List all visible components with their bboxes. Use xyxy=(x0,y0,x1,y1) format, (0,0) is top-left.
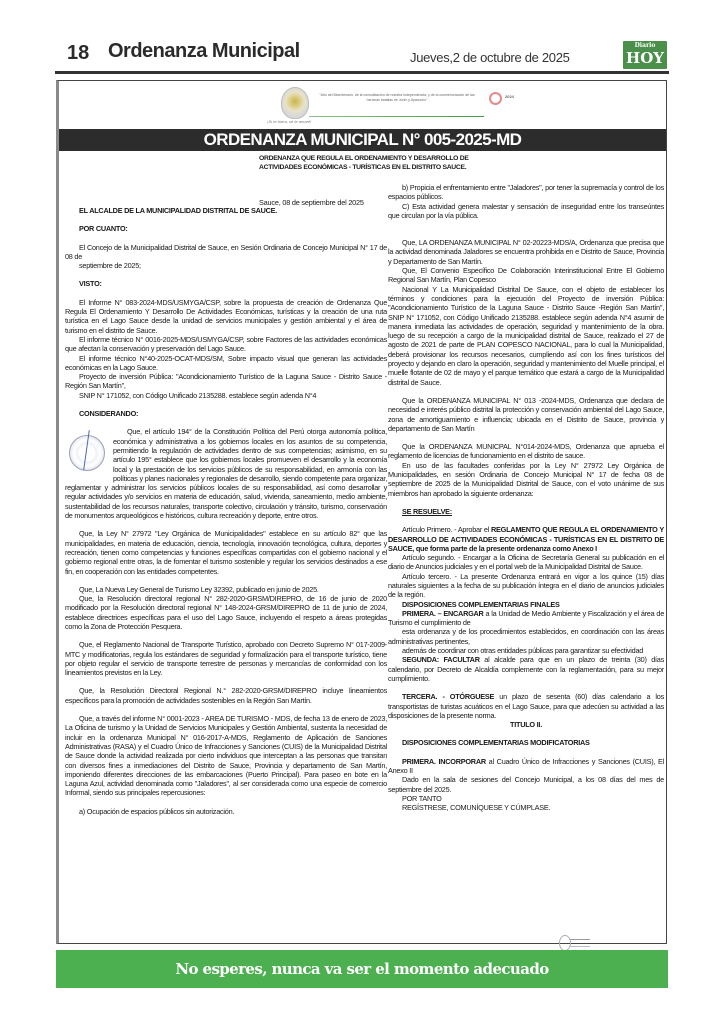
visto-paragraph: El informe técnico N°40-2025-OCAT-MDS/SM… xyxy=(65,354,387,373)
considerando-paragraph: Que la ORDENANZA MUNICPAL N°014-2024-MDS… xyxy=(388,442,664,461)
page-number: 18 xyxy=(67,42,89,65)
ordinance-title: ORDENANZA MUNICIPAL N° 005-2025-MD xyxy=(59,129,666,151)
visto-paragraph: Proyecto de inversión Pública: "Acondici… xyxy=(65,372,387,391)
considerando-paragraph: Que, la Ley N° 27972 "Ley Orgánica de Mu… xyxy=(65,529,387,575)
left-column: EL ALCALDE DE LA MUNICIPALIDAD DISTRITAL… xyxy=(65,197,387,816)
article-third: Artículo tercero. - La presente Ordenanz… xyxy=(388,572,664,600)
considerando-paragraph: Que, LA ORDENANZA MUNICIPAL N° 02-20223-… xyxy=(388,238,664,266)
ordinance-frame: ¡Sí te fuera, sé te amaré! "Año del Bice… xyxy=(56,80,667,944)
title-ii-heading: TITULO II. xyxy=(388,720,664,729)
provision-first: PRIMERA. – ENCARGAR a la Unidad de Medio… xyxy=(388,609,664,628)
provision-first-bold: PRIMERA. – ENCARGAR xyxy=(402,609,484,618)
por-tanto: POR TANTO xyxy=(388,794,664,803)
provision-second: SEGUNDA: FACULTAR al alcalde para que en… xyxy=(388,655,664,683)
visto-paragraph: El informe técnico N° 0016-2025-MDS/USMY… xyxy=(65,335,387,354)
se-resuelve-heading: SE RESUELVE: xyxy=(388,507,664,516)
considerando-paragraph: Nacional Y La Municipalidad Distrital De… xyxy=(388,285,664,387)
crest-motto: ¡Sí te fuera, sé te amaré! xyxy=(267,119,311,124)
masthead-rule xyxy=(55,71,669,74)
issue-date: Jueves,2 de octubre de 2025 xyxy=(410,50,570,65)
considerando-heading: CONSIDERANDO: xyxy=(65,409,387,418)
newspaper-logo: Diario HOY xyxy=(623,41,667,69)
provision-third: TERCERA. - OTÓRGUESE un plazo de sesenta… xyxy=(388,692,664,720)
repercussion-item-a: a) Ocupación de espacios públicos sin au… xyxy=(65,807,387,816)
right-column: b) Propicia el enfrentamiento entre "Jal… xyxy=(388,183,664,813)
subtitle-line-2: ACTIVIDADES ECONÓMICAS - TURÍSTICAS EN E… xyxy=(259,163,519,172)
municipal-letterhead: ¡Sí te fuera, sé te amaré! "Año del Bice… xyxy=(59,81,666,129)
provision-first-cont: además de coordinar con otras entidades … xyxy=(388,646,664,655)
article-first-lead: Artículo Primero. - Aprobar el xyxy=(402,525,491,534)
letterhead-line xyxy=(309,116,484,117)
municipal-crest-icon xyxy=(281,87,309,119)
concejo-date: septiembre de 2025; xyxy=(65,261,387,270)
repercussion-item-c: C) Esta actividad genera malestar y sens… xyxy=(388,202,664,221)
considerando-paragraph: Que, el artículo 194° de la Constitución… xyxy=(65,427,387,520)
visto-paragraph: El Informe N° 083-2024-MDS/USMYGA/CSP, s… xyxy=(65,298,387,335)
considerando-paragraph: Que, El Convenio Específico De Colaborac… xyxy=(388,266,664,285)
por-cuanto-heading: POR CUANTO: xyxy=(65,224,387,233)
considerando-paragraph: Que, la Resolución directoral regional N… xyxy=(65,594,387,631)
modifying-provisions-heading: DISPOSICIONES COMPLEMENTARIAS MODIFICATO… xyxy=(388,738,664,747)
ordinance-subtitle: ORDENANZA QUE REGULA EL ORDENAMIENTO Y D… xyxy=(259,154,519,172)
section-title: Ordenanza Municipal xyxy=(108,40,300,63)
considerando-paragraph: Que, la Resolución Directoral Regional N… xyxy=(65,686,387,705)
considerando-paragraph: Que, a través del informe N° 0001-2023 -… xyxy=(65,714,387,798)
provision-second-bold: SEGUNDA: FACULTAR xyxy=(402,655,480,664)
article-first: Artículo Primero. - Aprobar el REGLAMENT… xyxy=(388,525,664,553)
concejo-text: El Concejo de la Municipalidad Distrital… xyxy=(65,243,387,262)
masthead: 18 Ordenanza Municipal Jueves,2 de octub… xyxy=(55,38,669,66)
bicentenario-year: 2024 xyxy=(505,94,514,99)
modifying-first-bold: PRIMERA. INCORPORAR xyxy=(402,757,486,766)
visto-heading: VISTO: xyxy=(65,279,387,288)
letterhead-slogan: "Año del Bicentenario, de la consolidaci… xyxy=(317,93,477,103)
visto-paragraph: SNIP N° 171052, con Código Unificado 213… xyxy=(65,391,387,400)
subtitle-line-1: ORDENANZA QUE REGULA EL ORDENAMIENTO Y D… xyxy=(259,154,519,163)
provision-third-bold: TERCERA. - OTÓRGUESE xyxy=(402,692,494,701)
considerando-paragraph: En uso de las facultades conferidas por … xyxy=(388,461,664,498)
dado-text: Dado en la sala de sesiones del Concejo … xyxy=(388,775,664,794)
article-second: Artículo segundo. - Encargar a la Oficin… xyxy=(388,553,664,572)
footer-slogan-banner: No esperes, nunca va ser el momento adec… xyxy=(56,950,668,988)
considerando-paragraph: Que, La Nueva Ley General de Turismo Ley… xyxy=(65,585,387,594)
alcalde-heading: EL ALCALDE DE LA MUNICIPALIDAD DISTRITAL… xyxy=(65,206,387,215)
modifying-first: PRIMERA. INCORPORAR al Cuadro Único de I… xyxy=(388,757,664,776)
final-provisions-heading: DISPOSICIONES COMPLEMENTARIAS FINALES xyxy=(388,600,664,609)
considerando-paragraph: Que la ORDENANZA MUNICIPAL N° 013 -2024-… xyxy=(388,396,664,433)
bicentenario-icon xyxy=(489,92,502,105)
provision-first-cont: esta ordenanza y de los procedimientos e… xyxy=(388,627,664,646)
repercussion-item-b: b) Propicia el enfrentamiento entre "Jal… xyxy=(388,183,664,202)
brand-big: HOY xyxy=(623,50,667,66)
registrese: REGÍSTRESE, COMUNÍQUESE Y CÚMPLASE. xyxy=(388,803,664,812)
considerando-paragraph: Que, el Reglamento Nacional de Transport… xyxy=(65,640,387,677)
